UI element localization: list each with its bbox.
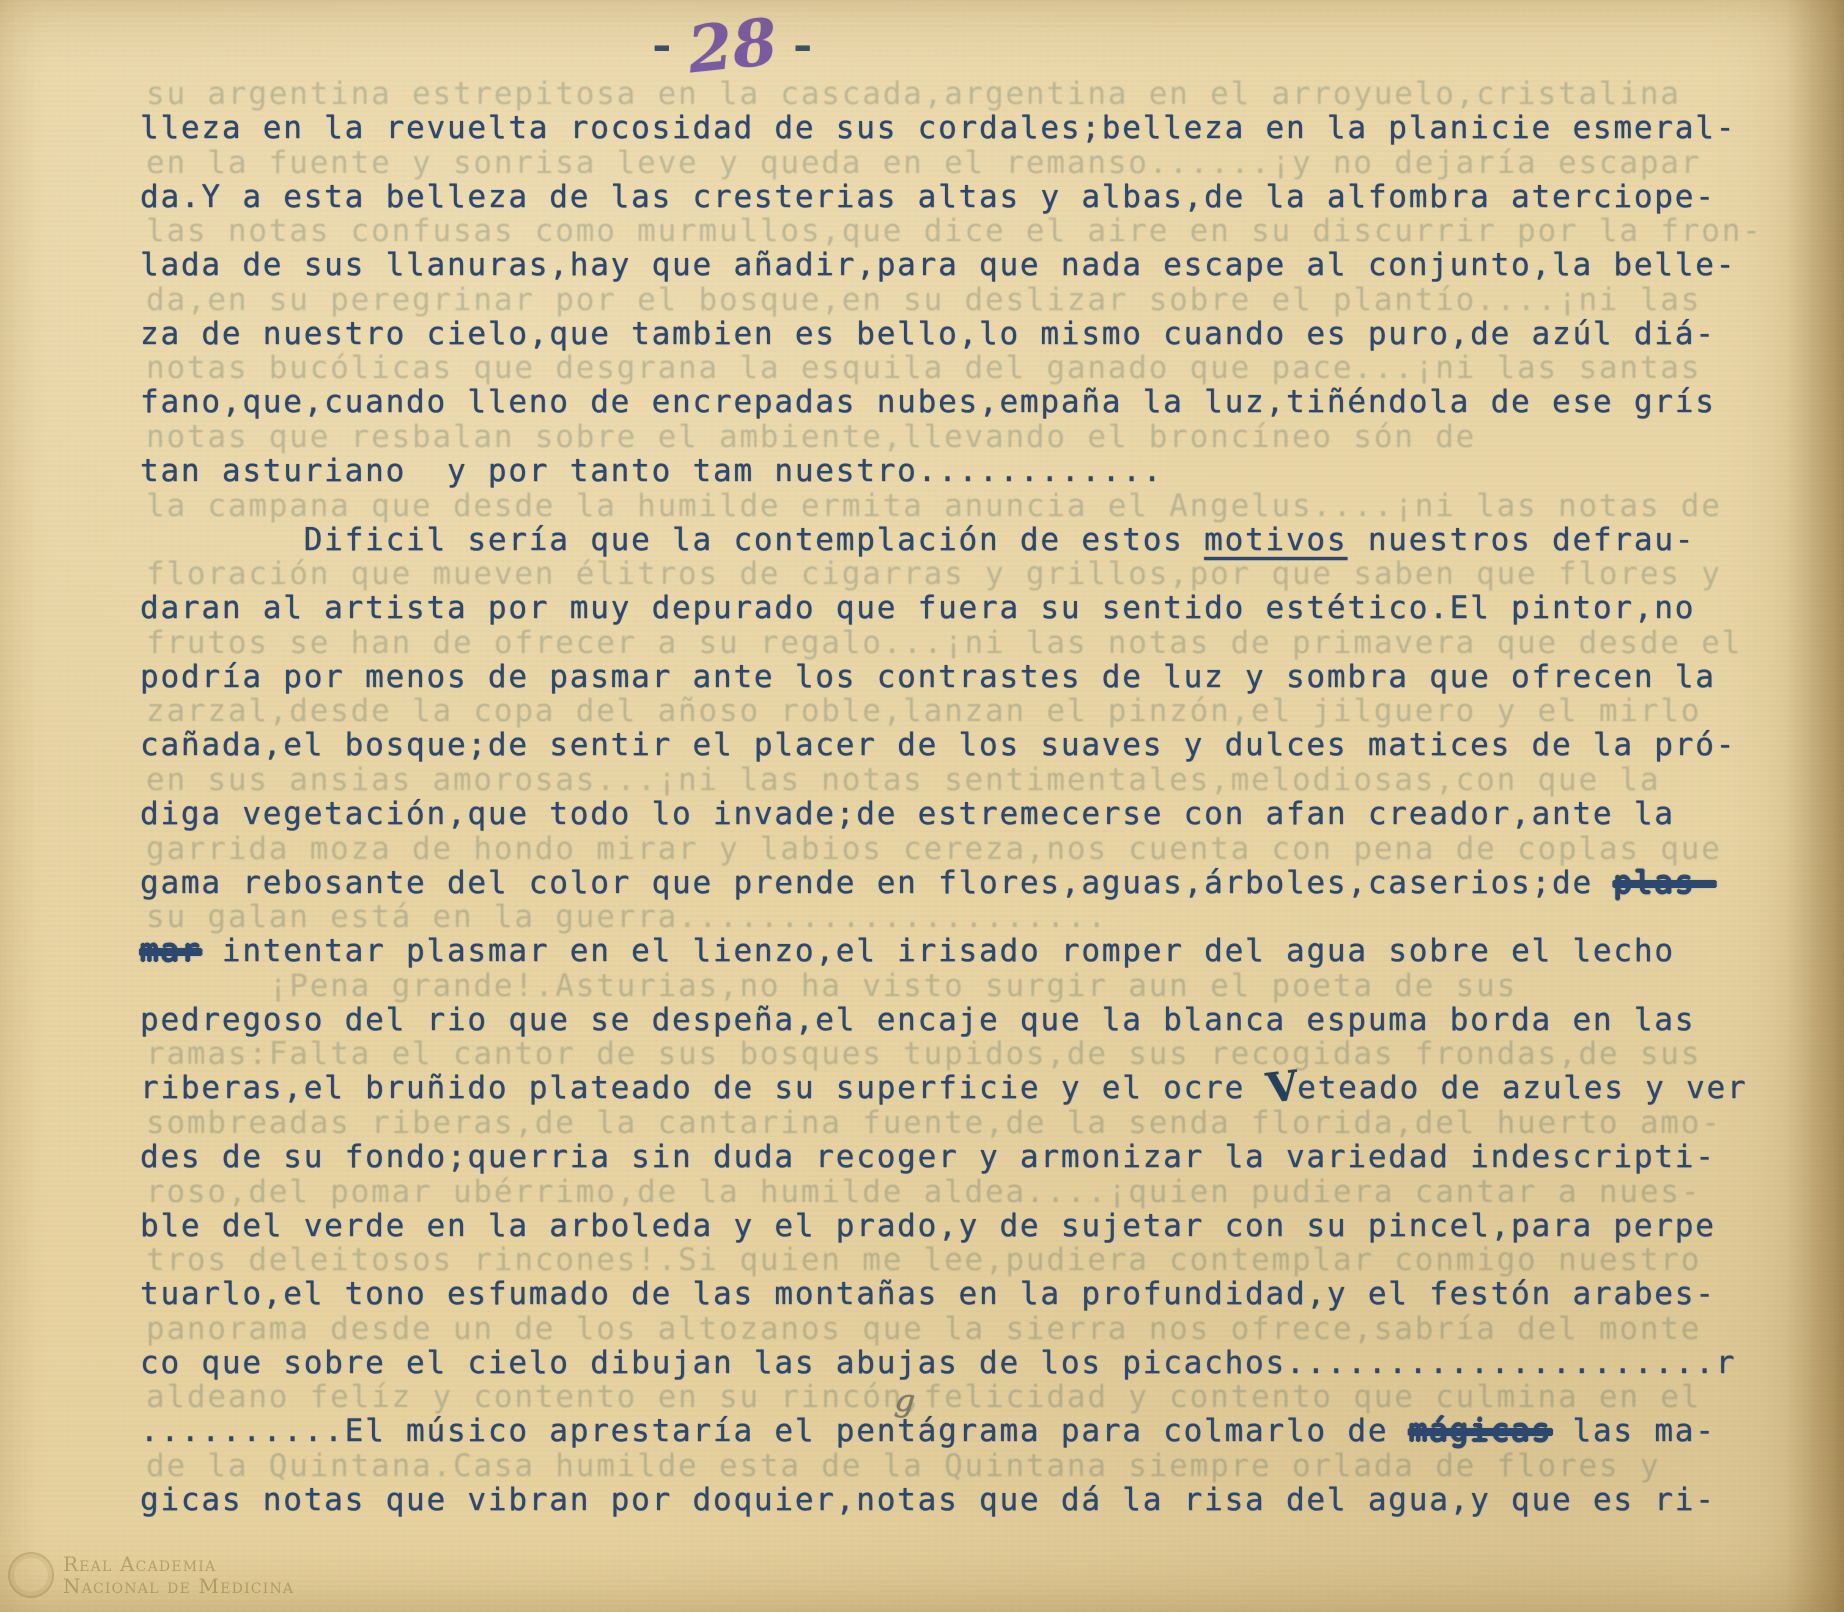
- typed-text: lada de sus llanuras,hay que añadir,para…: [140, 247, 1736, 283]
- typed-text: da.Y a esta belleza de las cresterias al…: [140, 179, 1716, 215]
- typed-text: nuestros defrau-: [1347, 522, 1695, 558]
- typed-text: Dificil sería que la contemplación de es…: [140, 522, 1204, 558]
- typed-line: za de nuestro cielo,que tambien es bello…: [140, 314, 1716, 354]
- typed-text: pedregoso del rio que se despeña,el enca…: [140, 1002, 1695, 1038]
- typed-dash-left: -: [648, 29, 676, 62]
- handwritten-v-correction: V: [1266, 1085, 1298, 1089]
- typed-text: cañada,el bosque;de sentir el placer de …: [140, 727, 1736, 763]
- typed-line: gicas notas que vibran por doquier,notas…: [140, 1480, 1716, 1520]
- typed-text: eteado de azules y ver: [1297, 1070, 1747, 1106]
- typed-text: bujasg: [856, 1345, 958, 1381]
- typed-line: tuarlo,el tono esfumado de las montañas …: [140, 1274, 1716, 1314]
- typed-text: gama rebosante del color que prende en f…: [140, 865, 1613, 901]
- typed-text: diga vegetación,que todo lo invade;de es…: [140, 796, 1675, 832]
- ranm-emblem-icon: [8, 1552, 54, 1598]
- typed-line: pedregoso del rio que se despeña,el enca…: [140, 1000, 1695, 1040]
- watermark-line1: Real Academia: [63, 1553, 294, 1575]
- struck-out-word: mágicas: [1409, 1413, 1552, 1449]
- document-page: - 28 - su argentina estrepitosa en la ca…: [0, 0, 1844, 1612]
- typed-text: ble del verde en la arboleda y el prado,…: [140, 1208, 1716, 1244]
- typed-line: diga vegetación,que todo lo invade;de es…: [140, 794, 1675, 834]
- typed-text: tan asturiano y por tanto tam nuestro...…: [140, 453, 1163, 489]
- typed-line: gama rebosante del color que prende en f…: [140, 863, 1716, 903]
- typed-line: podría por menos de pasmar ante los cont…: [140, 657, 1716, 697]
- struck-out-word: mar: [140, 933, 201, 969]
- typed-text: intentar plasmar en el lienzo,el irisado…: [201, 933, 1674, 969]
- typed-text: des de su fondo;querria sin duda recoger…: [140, 1139, 1716, 1175]
- typed-text: de los picachos.....................r: [959, 1345, 1737, 1381]
- page-number: - 28 -: [648, 8, 816, 84]
- typed-line: riberas,el bruñido plateado de su superf…: [140, 1068, 1747, 1108]
- typed-text: ..........El músico aprestaría el pentág…: [140, 1413, 1409, 1449]
- underlined-word: motivos: [1204, 522, 1347, 558]
- typed-text: gicas notas que vibran por doquier,notas…: [140, 1482, 1716, 1518]
- typed-text: co que sobre el cielo dibujan las a: [140, 1345, 856, 1381]
- typed-line: des de su fondo;querria sin duda recoger…: [140, 1137, 1716, 1177]
- watermark-text: Real Academia Nacional de Medicina: [63, 1553, 294, 1598]
- typed-line: cañada,el bosque;de sentir el placer de …: [140, 725, 1736, 765]
- typed-line: da.Y a esta belleza de las cresterias al…: [140, 177, 1716, 217]
- typed-line: tan asturiano y por tanto tam nuestro...…: [140, 451, 1163, 491]
- typed-line: lada de sus llanuras,hay que añadir,para…: [140, 245, 1736, 285]
- typed-line: ble del verde en la arboleda y el prado,…: [140, 1206, 1716, 1246]
- typed-line: Dificil sería que la contemplación de es…: [140, 520, 1695, 560]
- typed-dash-right: -: [789, 29, 817, 62]
- typed-text: riberas,el bruñido plateado de su superf…: [140, 1070, 1266, 1106]
- typed-line: fano,que,cuando lleno de encrepadas nube…: [140, 382, 1716, 422]
- page-edge-shadow: [1786, 0, 1844, 1612]
- typed-line: lleza en la revuelta rocosidad de sus co…: [140, 108, 1736, 148]
- typed-text: za de nuestro cielo,que tambien es bello…: [140, 316, 1716, 352]
- watermark: Real Academia Nacional de Medicina: [8, 1552, 294, 1598]
- typed-line: ..........El músico aprestaría el pentág…: [140, 1411, 1716, 1451]
- typed-text: podría por menos de pasmar ante los cont…: [140, 659, 1716, 695]
- watermark-line2: Nacional de Medicina: [63, 1575, 294, 1597]
- typed-line: mar intentar plasmar en el lienzo,el iri…: [140, 931, 1675, 971]
- typed-text: tuarlo,el tono esfumado de las montañas …: [140, 1276, 1716, 1312]
- struck-out-word: plas-: [1613, 865, 1715, 901]
- typed-text: lleza en la revuelta rocosidad de sus co…: [140, 110, 1736, 146]
- typed-text: fano,que,cuando lleno de encrepadas nube…: [140, 384, 1716, 420]
- typed-line: daran al artista por muy depurado que fu…: [140, 588, 1695, 628]
- typed-text: las ma-: [1552, 1413, 1716, 1449]
- typed-line: co que sobre el cielo dibujan las abujas…: [140, 1343, 1736, 1383]
- typed-text: daran al artista por muy depurado que fu…: [140, 590, 1695, 626]
